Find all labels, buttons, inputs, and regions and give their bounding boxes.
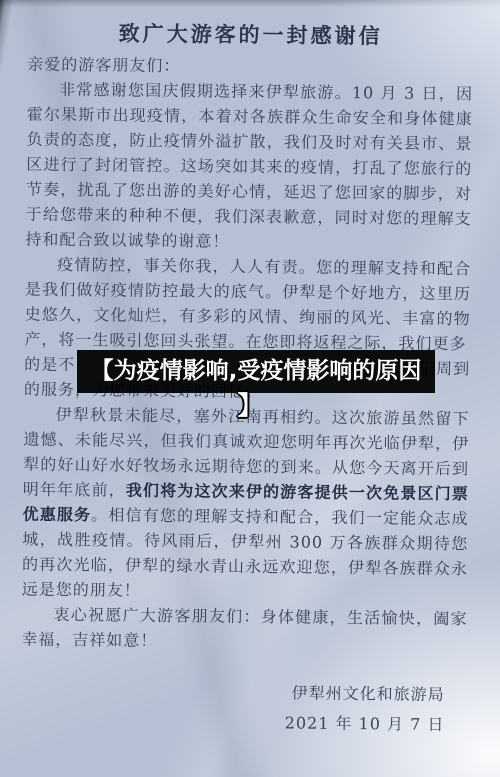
paragraph-3: 伊犁秋景未能尽，塞外江南再相约。这次旅游虽然留下遗憾、未能尽兴，但我们真诚欢迎您… xyxy=(22,402,470,607)
letter-photo: 致广大游客的一封感谢信 亲爱的游客朋友们： 非常感谢您国庆假期选择来伊犁旅游。1… xyxy=(0,0,500,777)
letter-content: 致广大游客的一封感谢信 亲爱的游客朋友们： 非常感谢您国庆假期选择来伊犁旅游。1… xyxy=(0,0,500,777)
paragraph-4: 衷心祝愿广大游客朋友们：身体健康，生活愉快，阖家幸福，吉祥如意！ xyxy=(21,602,467,657)
signature-org: 伊犁州文化和旅游局 xyxy=(21,676,445,710)
paragraph-1: 非常感谢您国庆假期选择来伊犁旅游。10 月 3 日，因霍尔果斯市出现疫情，本着对… xyxy=(25,77,473,257)
paragraph-2a: 疫情防控，事关你我，人人有责。您的理解支持和配合是我们做好疫情防控最大的底气。伊… xyxy=(24,252,471,357)
letter-title: 致广大游客的一封感谢信 xyxy=(27,18,473,53)
obscured-line-right: 们周到 xyxy=(419,356,470,382)
obscured-line-left: 的是不 xyxy=(24,352,75,378)
signature-block: 伊犁州文化和旅游局 2021 年 10 月 7 日 xyxy=(20,676,467,741)
signature-date: 2021 年 10 月 7 日 xyxy=(20,706,444,740)
